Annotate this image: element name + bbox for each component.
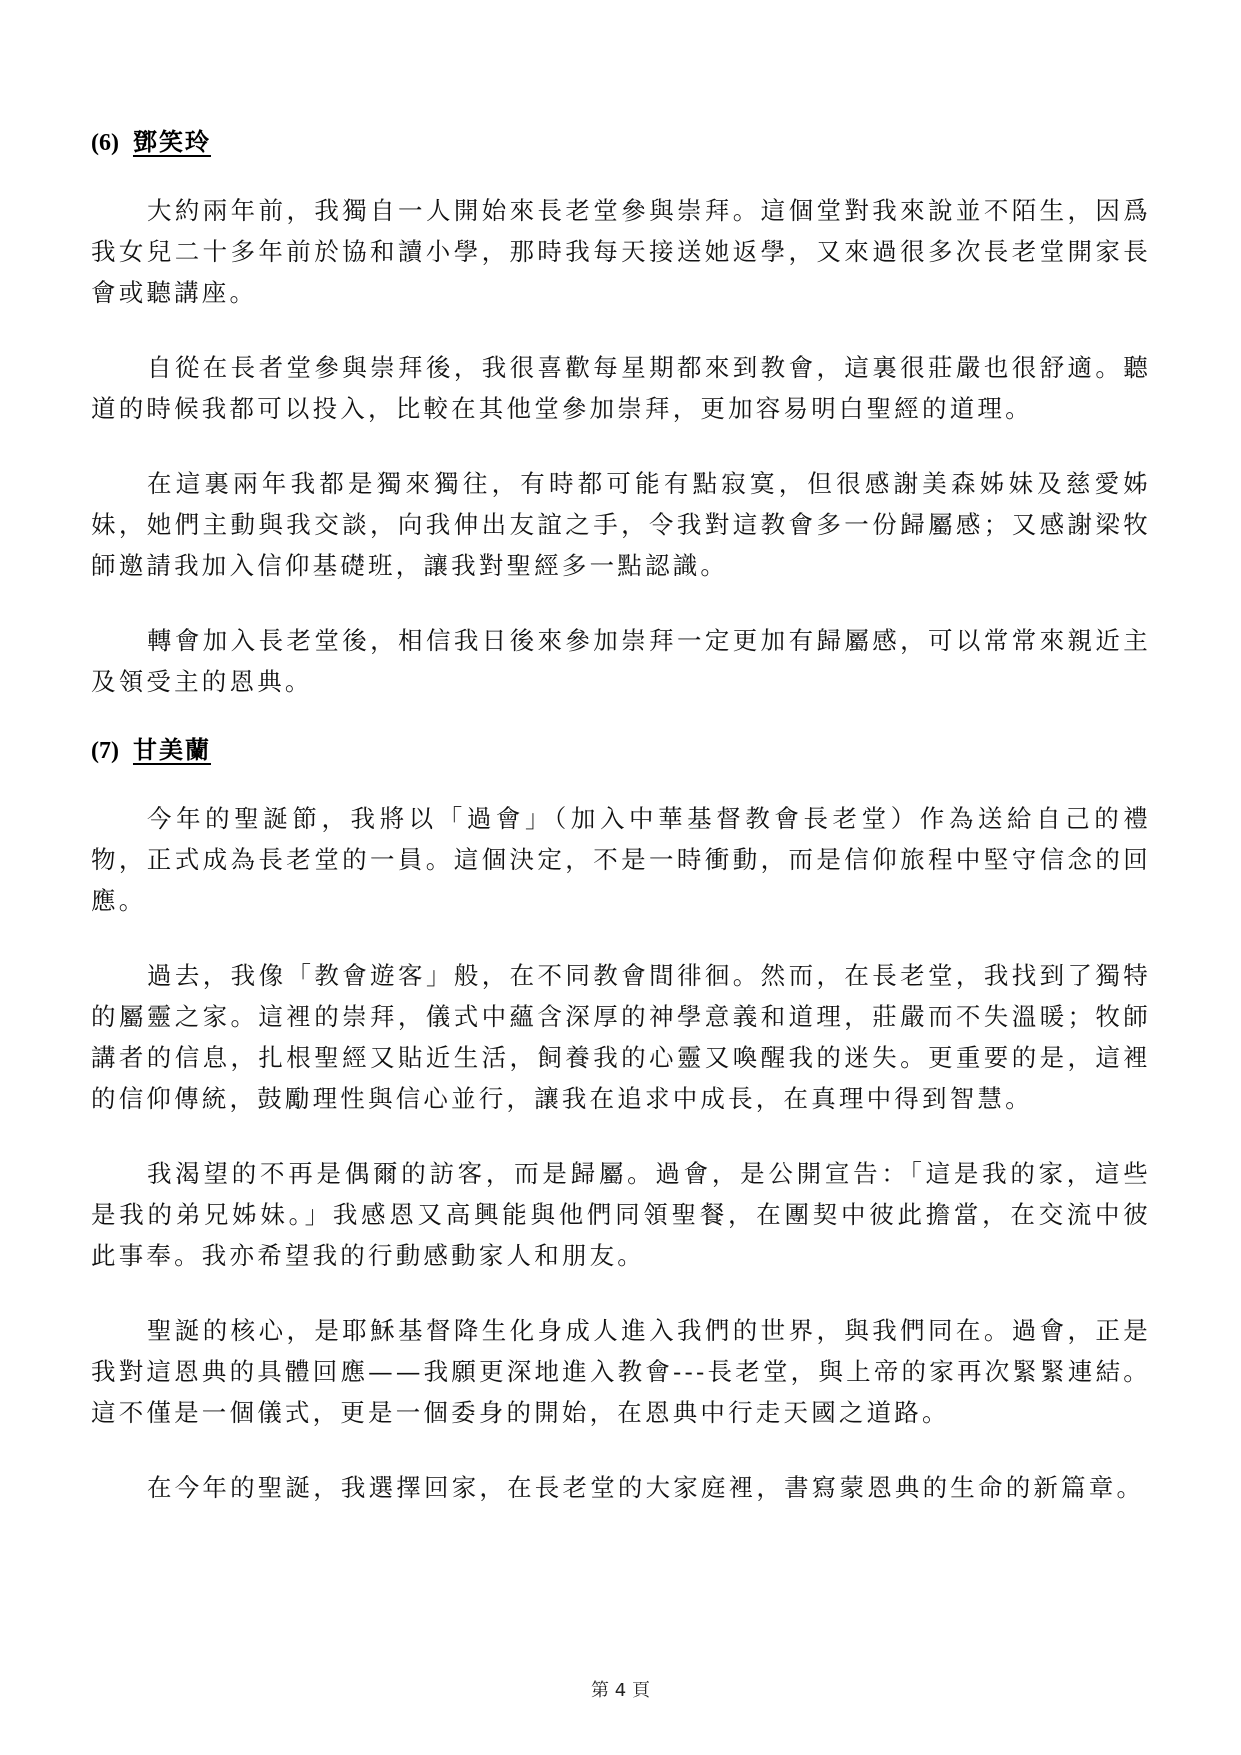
paragraph: 大約兩年前，我獨自一人開始來長老堂參與崇拜。這個堂對我來說並不陌生，因爲我女兒二… (91, 190, 1151, 313)
section-heading: (7) 甘美蘭 (91, 736, 1151, 766)
testimony-section-7: (7) 甘美蘭 今年的聖誕節，我將以「過會」（加入中華基督教會長老堂）作為送給自… (91, 736, 1151, 1508)
document-page: (6) 鄧笑玲 大約兩年前，我獨自一人開始來長老堂參與崇拜。這個堂對我來說並不陌… (0, 0, 1241, 1755)
paragraph: 轉會加入長老堂後，相信我日後來參加崇拜一定更加有歸屬感，可以常常來親近主及領受主… (91, 620, 1151, 702)
paragraph: 在今年的聖誕，我選擇回家，在長老堂的大家庭裡，書寫蒙恩典的生命的新篇章。 (91, 1467, 1151, 1508)
section-number: (7) (91, 736, 119, 766)
testimony-section-6: (6) 鄧笑玲 大約兩年前，我獨自一人開始來長老堂參與崇拜。這個堂對我來說並不陌… (91, 128, 1151, 702)
paragraph: 我渴望的不再是偶爾的訪客，而是歸屬。過會，是公開宣告：「這是我的家，這些是我的弟… (91, 1153, 1151, 1276)
page-number-footer: 第 4 頁 (0, 1676, 1241, 1702)
paragraph: 在這裏兩年我都是獨來獨往，有時都可能有點寂寞，但很感謝美森姊妹及慈愛姊妹，她們主… (91, 463, 1151, 586)
section-author-name: 甘美蘭 (133, 736, 211, 766)
paragraph: 自從在長者堂參與崇拜後，我很喜歡每星期都來到教會，這裏很莊嚴也很舒適。聽道的時候… (91, 347, 1151, 429)
section-number: (6) (91, 128, 119, 158)
paragraph: 聖誕的核心，是耶穌基督降生化身成人進入我們的世界，與我們同在。過會，正是我對這恩… (91, 1310, 1151, 1433)
paragraph: 今年的聖誕節，我將以「過會」（加入中華基督教會長老堂）作為送給自己的禮物，正式成… (91, 798, 1151, 921)
page-content: (6) 鄧笑玲 大約兩年前，我獨自一人開始來長老堂參與崇拜。這個堂對我來說並不陌… (91, 128, 1151, 1542)
paragraph: 過去，我像「教會遊客」般，在不同教會間徘徊。然而，在長老堂，我找到了獨特的屬靈之… (91, 955, 1151, 1119)
section-heading: (6) 鄧笑玲 (91, 128, 1151, 158)
section-author-name: 鄧笑玲 (133, 128, 211, 158)
